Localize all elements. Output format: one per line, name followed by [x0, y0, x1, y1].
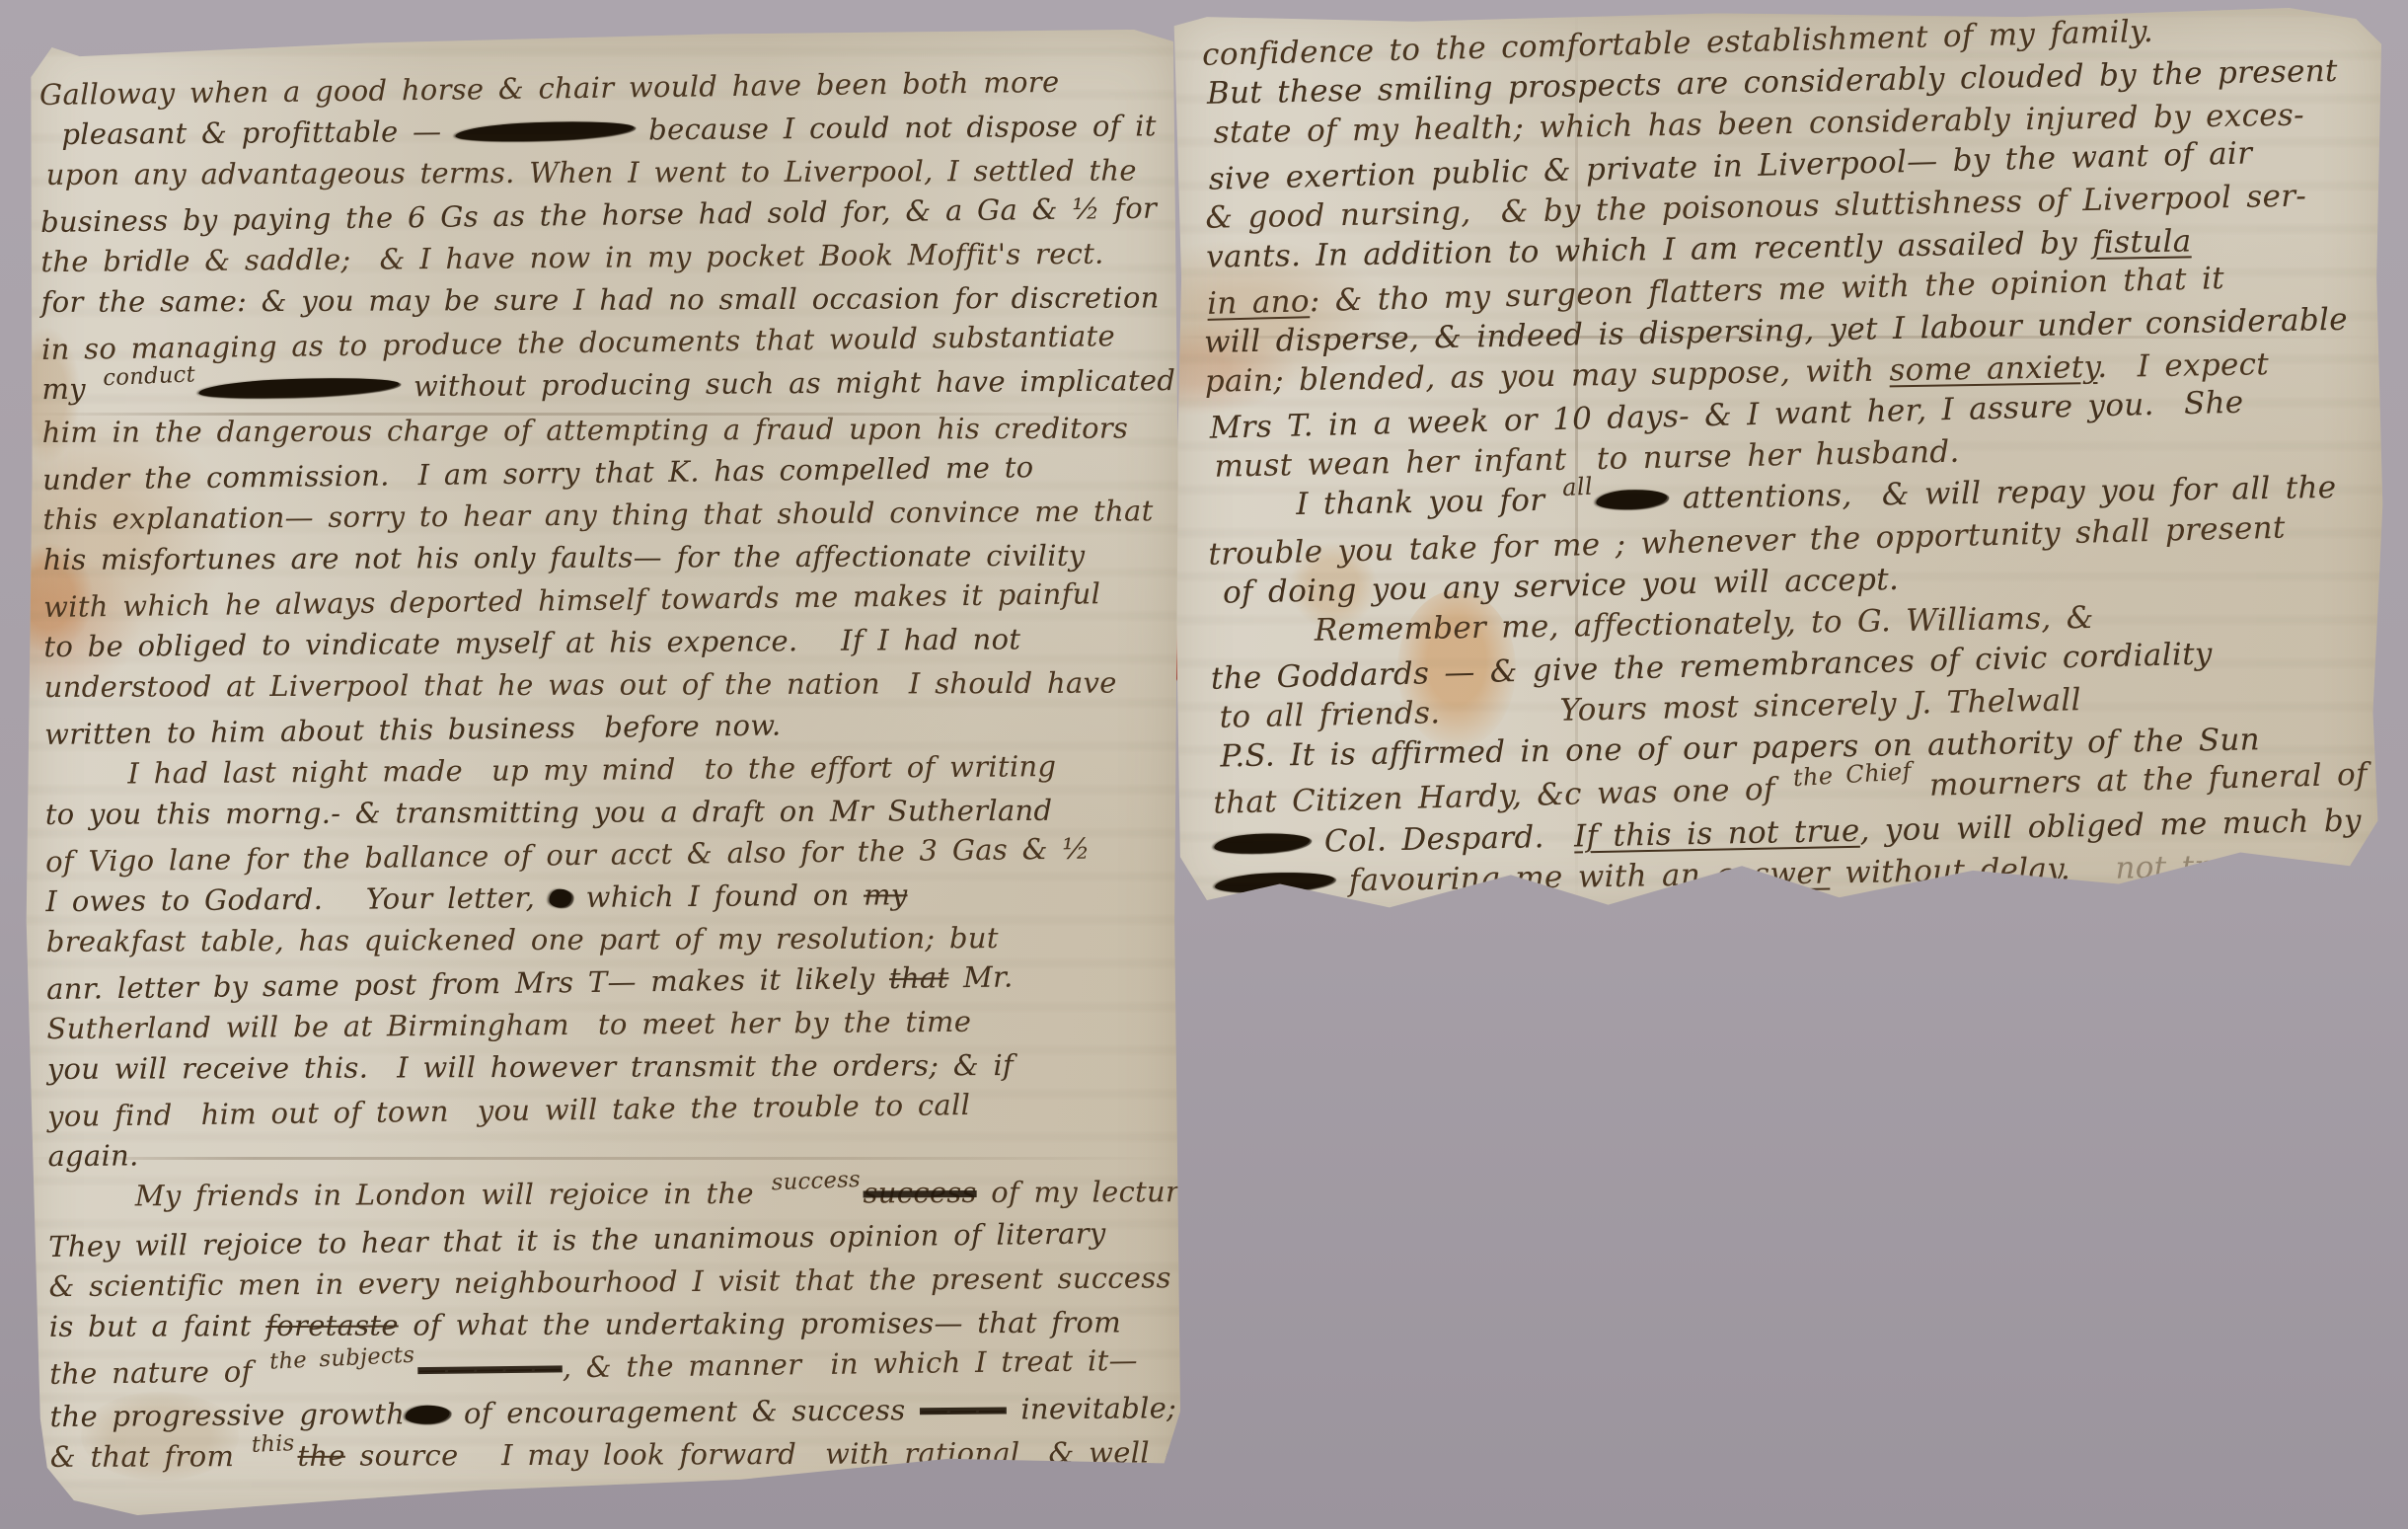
handwriting-faint: not true.	[2115, 848, 2258, 885]
handwriting-text: I thank you for	[1296, 483, 1560, 522]
handwriting-text: mourners at the funeral of	[1914, 757, 2368, 803]
handwriting-und: fistula	[2092, 223, 2192, 261]
manuscript-line: my conduct█████████ without producing su…	[41, 359, 1174, 414]
handwriting-text: I owes to Godard. Your letter,	[45, 880, 549, 918]
handwriting-ins: this	[251, 1422, 295, 1467]
handwriting-text: breakfast table, has quickened one part …	[46, 921, 999, 958]
handwriting-text: upon any advantageous terms. When I went…	[46, 153, 1137, 191]
handwriting-text: to be obliged to vindicate myself at his…	[43, 622, 1020, 663]
manuscript-page-right: confidence to the comfortable establishm…	[1170, 8, 2386, 911]
handwriting-ins: success	[771, 1159, 862, 1204]
manuscript-line: pleasant & profittable — ████████ becaus…	[61, 105, 1172, 156]
handwriting-text: is but a faint	[49, 1309, 265, 1343]
handwriting-text: business by paying the 6 Gs as the horse…	[40, 191, 1157, 239]
handwriting-text: pleasant & profittable —	[61, 115, 456, 151]
handwriting-text: favouring me with an	[1333, 857, 1715, 898]
manuscript-line: again.	[47, 1126, 1180, 1178]
handwriting-text: the nature of	[49, 1354, 266, 1391]
handwriting-text: again.	[47, 1138, 138, 1173]
handwriting-ins: conduct	[102, 353, 195, 400]
handwriting-und: in ano	[1207, 283, 1311, 322]
handwriting-text: & that from	[50, 1439, 249, 1474]
handwriting-text: the progressive growth	[49, 1397, 405, 1433]
manuscript-line: & that from thisthe source I may look fo…	[50, 1431, 1183, 1482]
scan-backdrop: { "palette":{"background":"#a7a0a8","pap…	[0, 0, 2408, 1529]
handwriting-text: the bridle & saddle; & I have now in my …	[40, 237, 1103, 278]
handwriting-text: source I may look forward with rational …	[345, 1435, 1307, 1473]
handwriting-scr: —————	[417, 1350, 563, 1386]
handwriting-text: you will receive this. I will however tr…	[47, 1048, 1014, 1086]
handwriting-ins: the Chief	[1791, 750, 1912, 799]
handwriting-text: of what the undertaking promises— that f…	[399, 1306, 1121, 1342]
handwriting-text: , & the manner in which I treat it—	[563, 1343, 1139, 1384]
handwriting-text: without producing such as might have imp…	[399, 363, 1175, 403]
handwriting-text: with which he always deported himself to…	[43, 576, 1100, 624]
handwriting-blot: ███	[1596, 489, 1668, 511]
handwriting-ins: the subjects	[268, 1335, 415, 1384]
manuscript-line: confidence	[654, 1474, 1184, 1523]
handwriting-und: answer	[1715, 855, 1830, 892]
manuscript-line: to be obliged to vindicate myself at his…	[43, 617, 1176, 668]
handwriting-text: My friends in London will rejoice in the	[135, 1177, 769, 1213]
handwriting-text: for the same: & you may be sure I had no…	[41, 280, 1160, 319]
manuscript-text-block: confidence to the comfortable establishm…	[1169, 0, 2403, 906]
handwriting-text: , you will obliged me much by × ×	[1859, 801, 2408, 848]
handwriting-text: confidence	[654, 1483, 816, 1518]
handwriting-und: If this is not true	[1574, 813, 1860, 855]
handwriting-text: this explanation— sorry to hear any thin…	[42, 494, 1153, 536]
handwriting-text: understood at Liverpool that he was out …	[44, 666, 1117, 704]
handwriting-text: of Vigo lane for the ballance of our acc…	[45, 831, 1091, 878]
handwriting-text: written to him about this business befor…	[44, 708, 782, 751]
handwriting-text: Col. Despard.	[1309, 819, 1574, 860]
handwriting-blot: █	[549, 888, 571, 907]
handwriting-text: . I expect	[2097, 346, 2269, 385]
handwriting-text: & scientific men in every neighbourhood …	[48, 1261, 1170, 1303]
manuscript-line: the bridle & saddle; & I have now in my …	[40, 232, 1173, 283]
manuscript-line: the progressive growth██ of encouragemen…	[49, 1387, 1182, 1438]
manuscript-line: this explanation— sorry to hear any thin…	[42, 490, 1175, 541]
handwriting-text: Mr.	[948, 959, 1013, 994]
handwriting-struck: that	[889, 960, 949, 995]
handwriting-blot: ████	[1214, 831, 1310, 855]
manuscript-line: I had last night made up my mind to the …	[127, 744, 1177, 795]
handwriting-ins: all	[1561, 466, 1594, 509]
manuscript-line: Sutherland will be at Birmingham to meet…	[46, 999, 1179, 1050]
handwriting-scr: success	[864, 1176, 977, 1209]
handwriting-blot: ████████	[456, 119, 635, 144]
handwriting-und: delay	[1980, 852, 2061, 888]
handwriting-text: of encouragement & success	[449, 1393, 920, 1430]
handwriting-text: in so managing as to produce the documen…	[41, 319, 1115, 366]
handwriting-text: .	[2061, 851, 2116, 887]
handwriting-text: under the commission. I am sorry that K.…	[42, 450, 1034, 497]
manuscript-page-left: Galloway when a good horse & chair would…	[22, 30, 1180, 1515]
manuscript-text-block: Galloway when a good horse & chair would…	[22, 21, 1192, 1526]
handwriting-struck: my	[864, 878, 908, 911]
handwriting-text: him in the dangerous charge of attemptin…	[42, 412, 1129, 449]
handwriting-text: you find him out of town you will take t…	[47, 1088, 970, 1133]
handwriting-blot: ██	[405, 1405, 450, 1424]
handwriting-text: I had last night made up my mind to the …	[127, 749, 1056, 790]
handwriting-blot: █████████	[198, 375, 400, 400]
manuscript-line: & scientific men in every neighbourhood …	[48, 1257, 1181, 1308]
handwriting-struck: the	[297, 1439, 345, 1473]
handwriting-text: anr. letter by same post from Mrs T— mak…	[46, 961, 889, 1006]
handwriting-blot: █████	[1215, 871, 1334, 895]
handwriting-text: because I could not dispose of it	[635, 109, 1157, 146]
handwriting-text: to you this morng.- & transmitting you a…	[45, 794, 1053, 831]
handwriting-text: of my lectures.	[977, 1175, 1222, 1209]
handwriting-text: my	[41, 372, 100, 406]
handwriting-text: Galloway when a good horse & chair would…	[39, 65, 1060, 112]
handwriting-scr: ———	[920, 1393, 1007, 1427]
handwriting-text: Sutherland will be at Birmingham to meet…	[46, 1005, 971, 1045]
handwriting-text: They will rejoice to hear that it is the…	[48, 1216, 1106, 1263]
handwriting-text: without	[1830, 853, 1981, 890]
handwriting-text: which I found on	[571, 879, 864, 914]
handwriting-und: some anxiety	[1889, 349, 2097, 388]
handwriting-text: his misfortunes are not his only faults—…	[43, 539, 1086, 576]
handwriting-text: inevitable;	[1007, 1391, 1177, 1425]
manuscript-line: I owes to Godard. Your letter, █ which I…	[45, 872, 1178, 923]
